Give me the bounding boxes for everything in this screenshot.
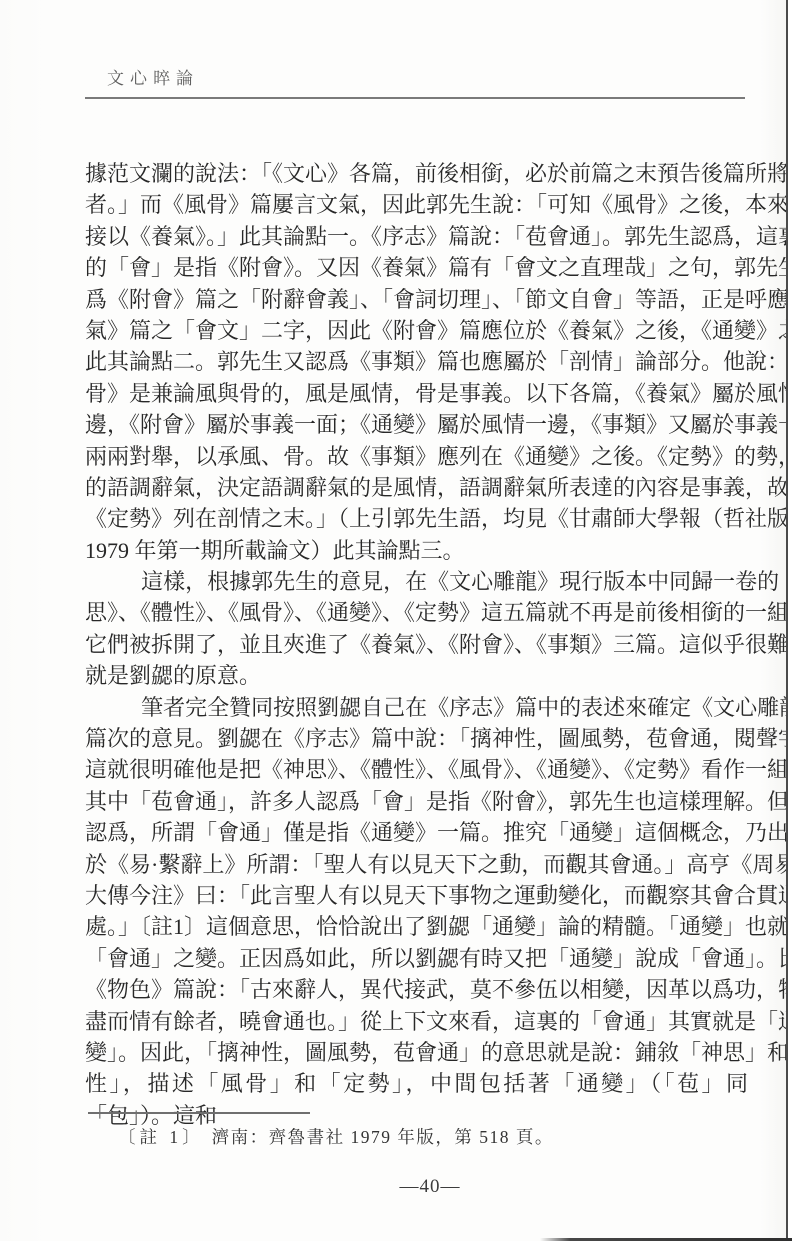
text-line: 變」。因此，「摛神性，圖風勢，苞會通」的意思就是說：鋪敘「神思」和「體 [85,1037,748,1068]
text-line: 《定勢》列在剖情之末。」（上引郭先生語，均見《甘肅師大學報（哲社版）》 [85,503,748,534]
text-line: 氣》篇之「會文」二字，因此《附會》篇應位於《養氣》之後，《通變》之前。 [85,315,748,346]
text-line: 1979 年第一期所載論文）此其論點三。 [85,535,748,566]
text-line: 它們被拆開了，並且夾進了《養氣》、《附會》、《事類》三篇。這似乎很難說 [85,629,748,660]
text-line: 的語調辭氣，決定語調辭氣的是風情，語調辭氣所表達的內容是事義，故以 [85,472,748,503]
text-line: 篇次的意見。劉勰在《序志》篇中說：「摛神性，圖風勢，苞會通，閱聲字」， [85,723,748,754]
footnote-rule [88,1112,310,1114]
text-line: 盡而情有餘者，曉會通也。」從上下文來看，這裏的「會通」其實就是「通 [85,1006,748,1037]
page-number: —40— [85,1176,775,1198]
text-line: 兩兩對舉，以承風、骨。故《事類》應列在《通變》之後。《定勢》的勢，指 [85,441,748,472]
scanned-page: 文心晬論 據范文瀾的說法：「《文心》各篇，前後相銜，必於前篇之末預告後篇所將論者… [0,0,792,1241]
text-line: 大傳今注》曰：「此言聖人有以見天下事物之運動變化，而觀察其會合貫通之 [85,880,748,911]
text-line: 這就很明確他是把《神思》、《體性》、《風骨》、《通變》、《定勢》看作一組的。 [85,754,748,785]
scan-edge-line [786,0,788,1241]
running-head-title: 文心晬論 [107,64,199,89]
text-line: 於《易·繫辭上》所謂：「聖人有以見天下之動，而觀其會通。」高亨《周易 [85,849,748,880]
text-line: 骨》是兼論風與骨的，風是風情，骨是事義。以下各篇，《養氣》屬於風情一 [85,378,748,409]
text-line: 者。」而《風骨》篇屢言文氣，因此郭先生說：「可知《風骨》之後，本來是 [85,189,748,220]
text-line: 「會通」之變。正因爲如此，所以劉勰有時又把「通變」說成「會通」。比如 [85,943,748,974]
header-rule [85,97,745,99]
text-line: 其中「苞會通」，許多人認爲「會」是指《附會》，郭先生也這樣理解。但我 [85,786,748,817]
footnote: 〔註 1〕濟南：齊魯書社 1979 年版，第 518 頁。 [118,1124,718,1149]
text-line: 的「會」是指《附會》。又因《養氣》篇有「會文之直理哉」之句，郭先生認 [85,252,748,283]
footnote-label: 〔註 1〕 [118,1127,204,1147]
text-line: 認爲，所謂「會通」僅是指《通變》一篇。推究「通變」這個概念，乃出之 [85,817,748,848]
footnote-text: 濟南：齊魯書社 1979 年版，第 518 頁。 [212,1127,554,1147]
body-text: 據范文瀾的說法：「《文心》各篇，前後相銜，必於前篇之末預告後篇所將論者。」而《風… [85,158,748,1100]
text-line: 此其論點二。郭先生又認爲《事類》篇也應屬於「剖情」論部分。他說：「《風 [85,346,748,377]
text-line: 就是劉勰的原意。 [85,660,748,691]
text-line: 據范文瀾的說法：「《文心》各篇，前後相銜，必於前篇之末預告後篇所將論 [85,158,748,189]
text-line: 邊，《附會》屬於事義一面；《通變》屬於風情一邊，《事類》又屬於事義一面； [85,409,748,440]
text-line: 這樣，根據郭先生的意見，在《文心雕龍》現行版本中同歸一卷的《神 [85,566,748,597]
text-line: 處。」〔註1〕這個意思，恰恰說出了劉勰「通變」論的精髓。「通變」也就是 [85,911,748,942]
text-line: 性」，描述「風骨」和「定勢」，中間包括著「通變」（「苞」同「包」）。這和 [85,1068,748,1099]
text-line: 接以《養氣》。」此其論點一。《序志》篇說：「苞會通」。郭先生認爲，這裏 [85,221,748,252]
text-line: 思》、《體性》、《風骨》、《通變》、《定勢》這五篇就不再是前後相銜的一組。 [85,597,748,628]
text-line: 筆者完全贊同按照劉勰自己在《序志》篇中的表述來確定《文心雕龍》 [85,692,748,723]
text-line: 《物色》篇說：「古來辭人，異代接武，莫不參伍以相變，因革以爲功，物色 [85,974,748,1005]
text-line: 爲《附會》篇之「附辭會義」、「會詞切理」、「節文自會」等語，正是呼應《養 [85,284,748,315]
scan-margin-right [788,0,792,1241]
